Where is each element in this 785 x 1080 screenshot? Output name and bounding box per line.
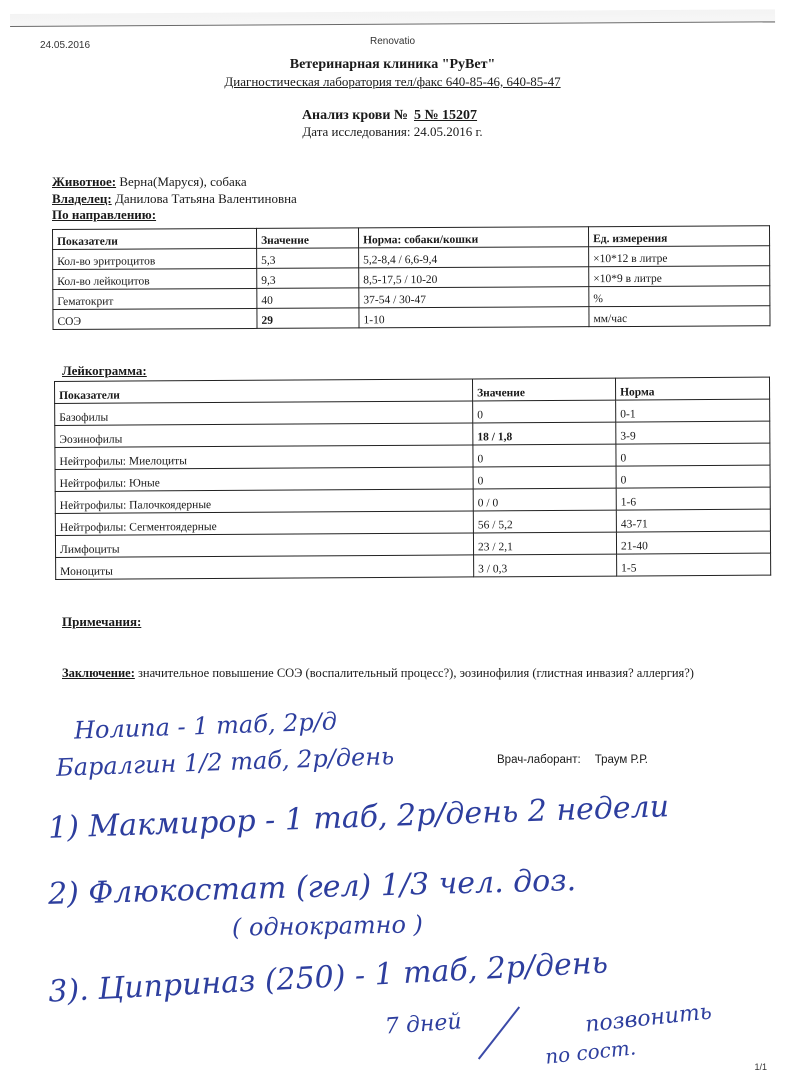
column-header: Норма bbox=[615, 377, 769, 400]
column-header: Норма: собаки/кошки bbox=[358, 227, 588, 248]
handwritten-line: 3). Циприназ (250) - 1 таб, 2р/день bbox=[47, 945, 608, 1009]
cell-norm: 3-9 bbox=[616, 421, 770, 444]
cell-name: Лимфоциты bbox=[55, 533, 473, 558]
animal-value: Верна(Маруся), собака bbox=[119, 174, 246, 189]
cell-value: 40 bbox=[257, 288, 359, 309]
cell-name: Гематокрит bbox=[53, 288, 257, 309]
cell-name: Нейтрофилы: Юные bbox=[55, 467, 473, 492]
analysis-title-prefix: Анализ крови № bbox=[302, 108, 408, 123]
handwritten-line: по сост. bbox=[544, 1035, 637, 1068]
handwritten-line: позвонить bbox=[584, 999, 713, 1037]
cell-name: СОЭ bbox=[53, 308, 257, 329]
lab-doctor: Врач-лаборант:Траум Р.Р. bbox=[497, 754, 648, 766]
cell-value: 9,3 bbox=[257, 268, 359, 289]
cell-norm: 8,5-17,5 / 10-20 bbox=[359, 267, 589, 288]
cell-unit: % bbox=[589, 286, 770, 307]
animal-field: Животное: Верна(Маруся), собака bbox=[52, 174, 247, 190]
owner-value: Данилова Татьяна Валентиновна bbox=[115, 191, 297, 206]
cell-value: 0 bbox=[473, 466, 616, 489]
cell-norm: 0-1 bbox=[616, 399, 770, 422]
column-header: Значение bbox=[472, 378, 615, 401]
column-header: Показатели bbox=[55, 379, 473, 404]
conclusion: Заключение: значительное повышение СОЭ (… bbox=[62, 664, 722, 682]
column-header: Значение bbox=[256, 228, 358, 249]
cell-unit: мм/час bbox=[589, 306, 770, 327]
handwritten-line: 2) Флюкостат (гел) 1/3 чел. доз. bbox=[48, 863, 577, 912]
cell-value: 0 bbox=[473, 444, 616, 467]
handwritten-line: 7 дней bbox=[384, 1009, 462, 1039]
page-counter: 1/1 bbox=[754, 1062, 767, 1072]
cell-name: Кол-во лейкоцитов bbox=[53, 268, 257, 289]
notes-title: Примечания: bbox=[62, 614, 141, 630]
column-header: Показатели bbox=[53, 228, 257, 249]
cell-name: Нейтрофилы: Миелоциты bbox=[55, 445, 473, 470]
handwritten-line: Нолипа - 1 таб, 2р/д bbox=[74, 707, 338, 744]
doctor-name: Траум Р.Р. bbox=[595, 754, 648, 766]
cell-norm: 5,2-8,4 / 6,6-9,4 bbox=[359, 247, 589, 268]
lab-contact-info: Диагностическая лаборатория тел/факс 640… bbox=[0, 74, 785, 90]
clinic-name: Ветеринарная клиника "РуВет" bbox=[0, 57, 785, 73]
cell-norm: 0 bbox=[616, 465, 770, 488]
analysis-title: Анализ крови №5 № 15207 bbox=[0, 108, 785, 124]
cell-value: 23 / 2,1 bbox=[473, 532, 616, 555]
handwritten-line: 1) Макмирор - 1 таб, 2р/день 2 недели bbox=[48, 789, 670, 846]
cell-norm: 1-6 bbox=[616, 487, 770, 510]
cell-name: Нейтрофилы: Сегментоядерные bbox=[55, 511, 473, 536]
scan-edge bbox=[10, 9, 775, 27]
handwritten-line: Баралгин 1/2 таб, 2р/день bbox=[56, 742, 395, 782]
cell-norm: 0 bbox=[616, 443, 770, 466]
table-row: Моноциты3 / 0,31-5 bbox=[56, 553, 771, 579]
leukogram-title: Лейкограмма: bbox=[62, 363, 147, 379]
referral-label: По направлению: bbox=[52, 207, 156, 222]
conclusion-text: значительное повышение СОЭ (воспалительн… bbox=[138, 666, 694, 680]
column-header: Ед. измерения bbox=[588, 226, 769, 247]
table-row: СОЭ291-10мм/час bbox=[53, 306, 770, 330]
cell-value: 0 bbox=[473, 400, 616, 423]
conclusion-label: Заключение: bbox=[62, 666, 135, 680]
analysis-number: 5 № 15207 bbox=[408, 108, 483, 123]
cell-value: 56 / 5,2 bbox=[473, 510, 616, 533]
handwritten-slash bbox=[478, 1006, 520, 1059]
cell-value: 3 / 0,3 bbox=[474, 554, 617, 577]
cell-norm: 43-71 bbox=[616, 509, 770, 532]
cell-value: 0 / 0 bbox=[473, 488, 616, 511]
blood-analysis-table: Показатели Значение Норма: собаки/кошки … bbox=[52, 225, 771, 330]
leukogram-table: Показатели Значение Норма Базофилы00-1Эо… bbox=[54, 377, 771, 580]
doctor-role: Врач-лаборант: bbox=[497, 754, 581, 766]
cell-norm: 21-40 bbox=[616, 531, 770, 554]
cell-norm: 1-10 bbox=[359, 307, 589, 328]
cell-value: 29 bbox=[257, 308, 359, 329]
cell-name: Базофилы bbox=[55, 401, 473, 426]
owner-label: Владелец: bbox=[52, 191, 112, 206]
referral-field: По направлению: bbox=[52, 207, 156, 223]
cell-norm: 37-54 / 30-47 bbox=[359, 287, 589, 308]
cell-name: Нейтрофилы: Палочкоядерные bbox=[55, 489, 473, 514]
handwritten-line: ( однократно ) bbox=[232, 910, 423, 941]
print-source: Renovatio bbox=[0, 36, 785, 47]
cell-norm: 1-5 bbox=[617, 553, 771, 576]
owner-field: Владелец: Данилова Татьяна Валентиновна bbox=[52, 191, 297, 207]
cell-value: 18 / 1,8 bbox=[473, 422, 616, 445]
animal-label: Животное: bbox=[52, 174, 116, 189]
cell-unit: ×10*9 в литре bbox=[589, 266, 770, 287]
cell-name: Эозинофилы bbox=[55, 423, 473, 448]
study-date: Дата исследования: 24.05.2016 г. bbox=[0, 124, 785, 140]
cell-value: 5,3 bbox=[257, 248, 359, 269]
cell-unit: ×10*12 в литре bbox=[589, 246, 770, 267]
cell-name: Моноциты bbox=[56, 555, 474, 580]
cell-name: Кол-во эритроцитов bbox=[53, 248, 257, 269]
